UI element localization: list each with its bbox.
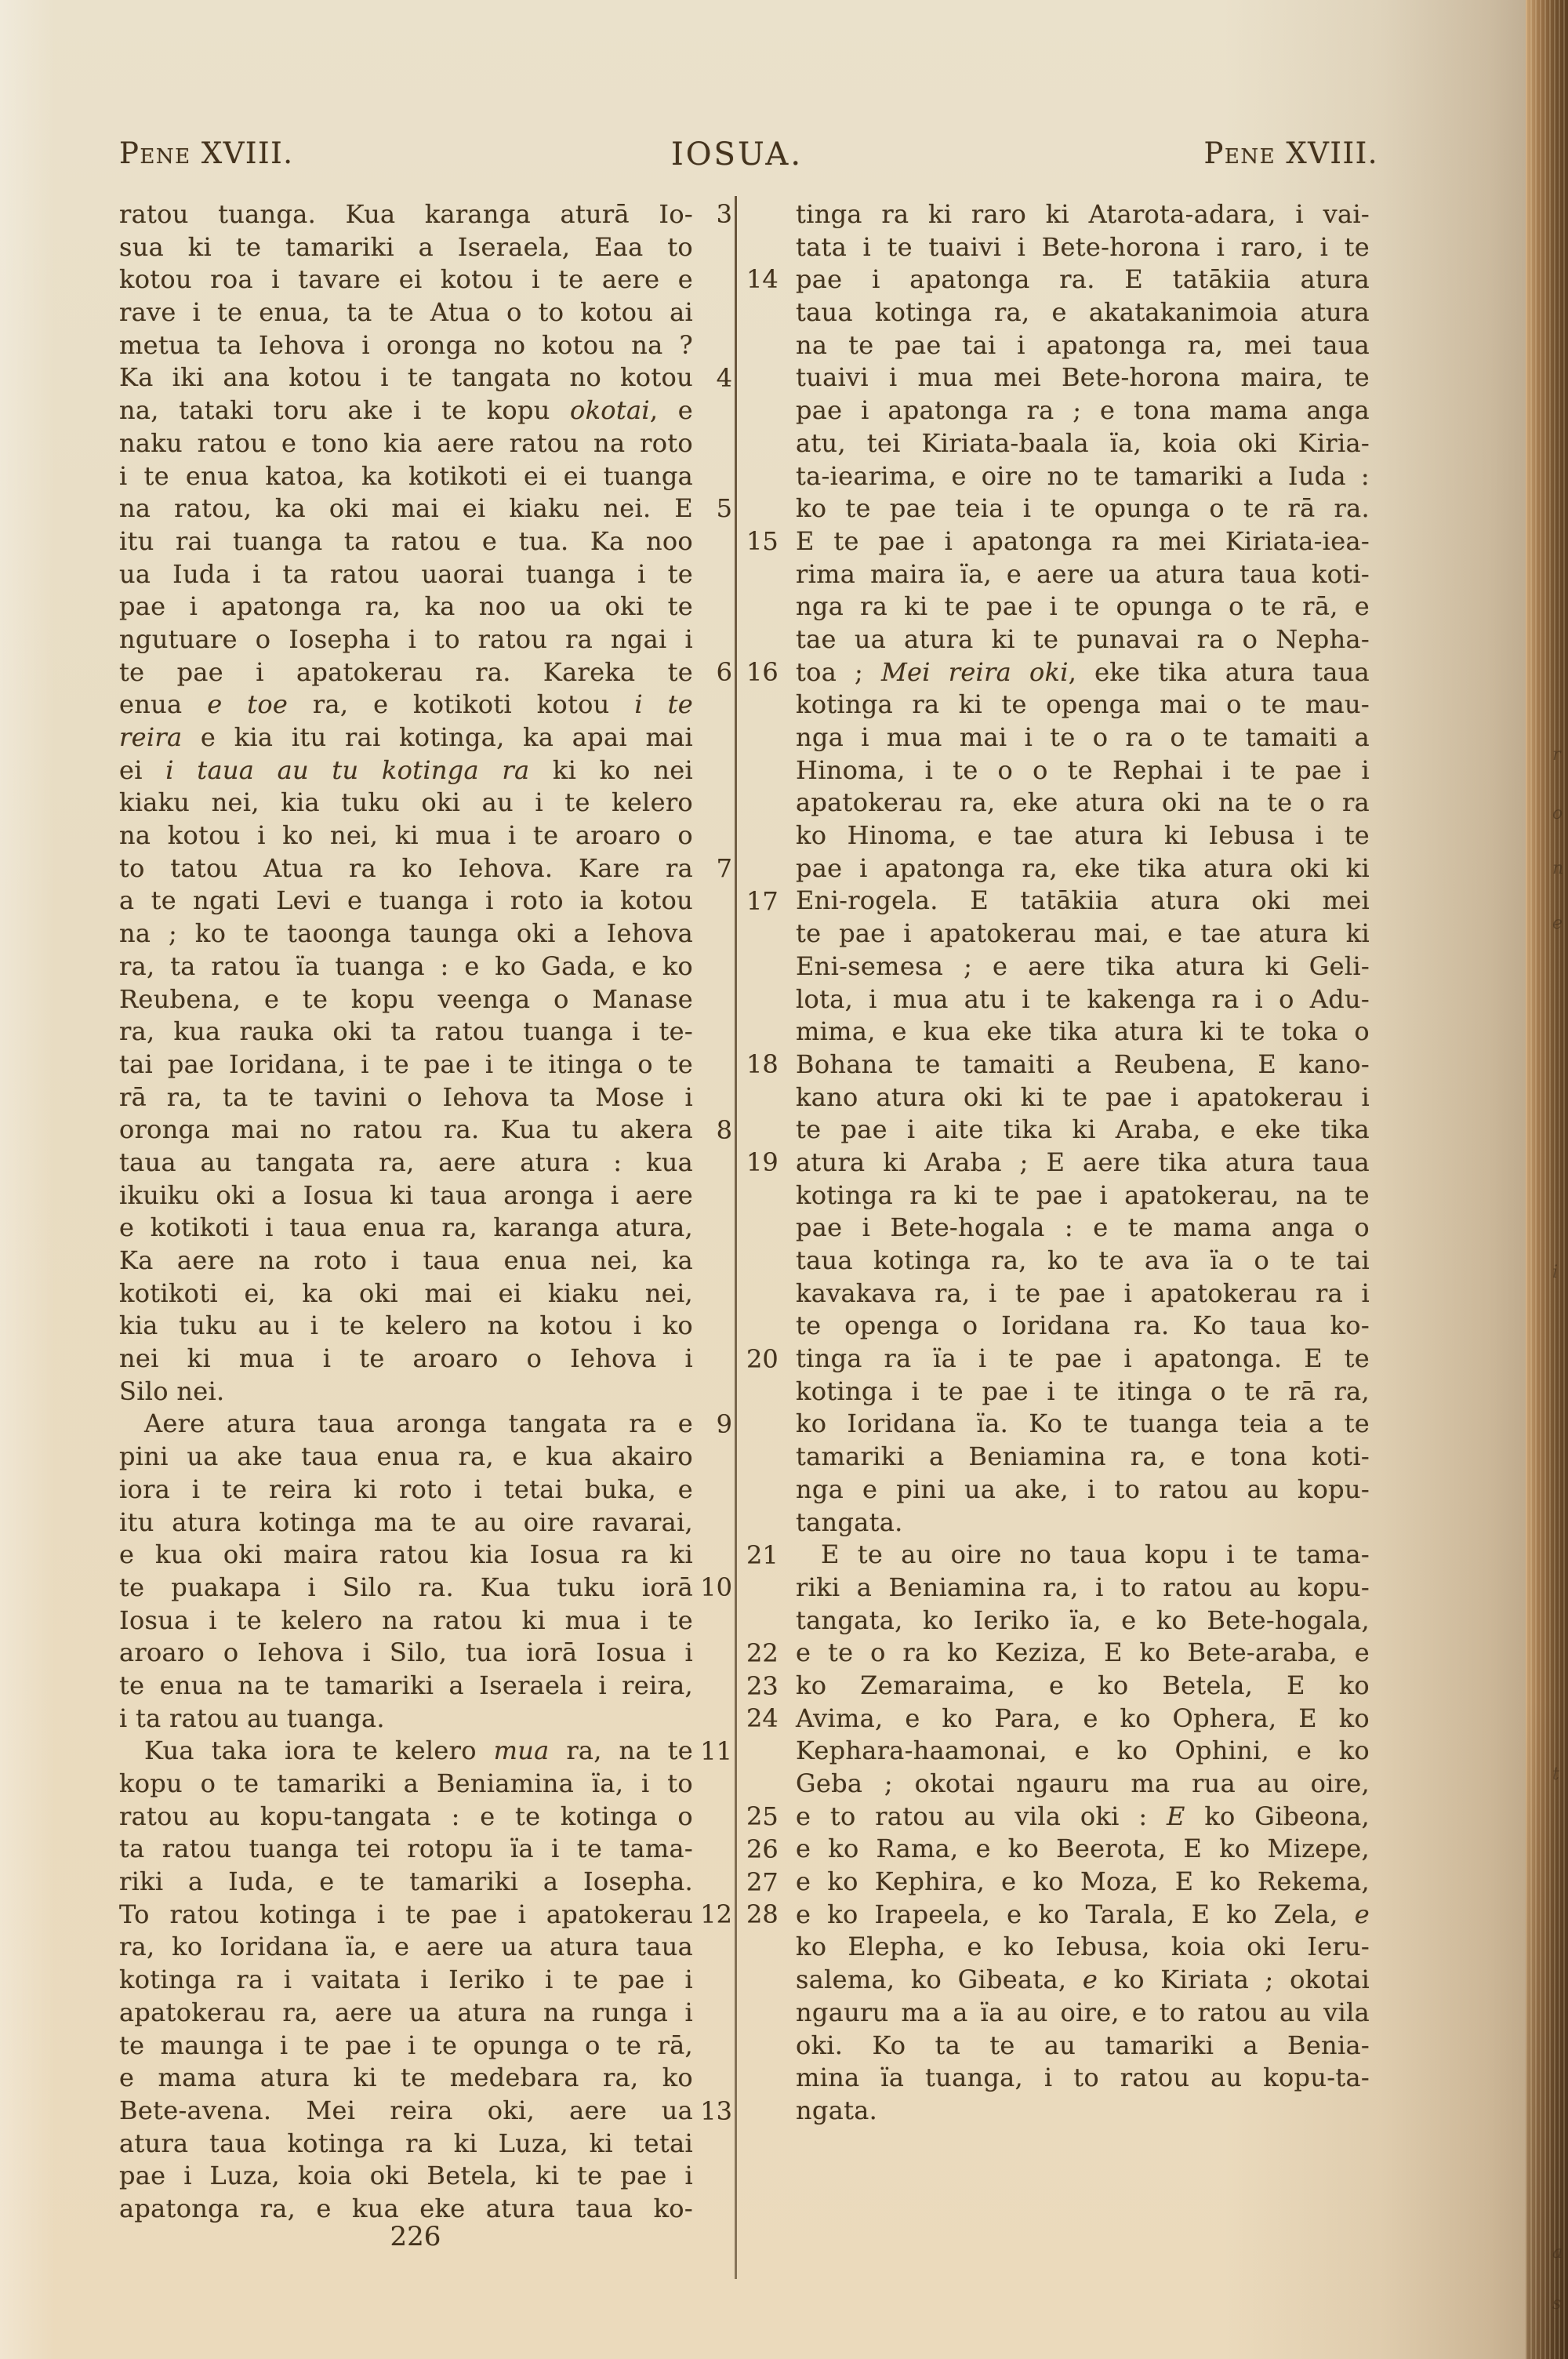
running-head-right: Pene XVIII. [1129, 136, 1378, 170]
text-line: Hinoma, i te o o te Rephai i te pae i [796, 754, 1370, 787]
text-line: i ta ratou au tuanga. [119, 1703, 693, 1736]
verse-number: 28 [746, 1899, 792, 1932]
text-line: itu rai tuanga ta ratou e tua. Ka noo [119, 525, 693, 558]
verse-number: 4 [673, 362, 732, 395]
text-line: nei ki mua i te aroaro o Iehova i [119, 1343, 693, 1376]
text-line: Eni-rogela. E tatākiia atura oki mei [796, 885, 1370, 918]
text-line: kotinga ra i vaitata i Ieriko i te pae i [119, 1964, 693, 1997]
text-line: kotinga ra ki te openga mai o te mau- [796, 689, 1370, 722]
text-line: te pae i apatokerau mai, e tae atura ki [796, 918, 1370, 951]
text-line: tinga ra ïa i te pae i apatonga. E te [796, 1343, 1370, 1376]
text-line: to tatou Atua ra ko Iehova. Kare ra [119, 852, 693, 885]
text-line: tuaivi i mua mei Bete-horona maira, te [796, 362, 1370, 394]
right-column: tinga ra ki raro ki Atarota-adara, i vai… [796, 198, 1370, 2128]
text-line: na te pae tai i apatonga ra, mei taua [796, 329, 1370, 362]
text-line: pae i Bete-hogala : e te mama anga o [796, 1212, 1370, 1245]
text-line: riki a Beniamina ra, i to ratou au kopu- [796, 1572, 1370, 1605]
text-line: kia tuku au i te kelero na kotou i ko [119, 1310, 693, 1343]
text-line: ngauru ma a ïa au oire, e to ratou au vi… [796, 1997, 1370, 2030]
text-line: te pae i aite tika ki Araba, e eke tika [796, 1114, 1370, 1147]
text-line: metua ta Iehova i oronga no kotou na ? [119, 329, 693, 362]
text-line: tangata, ko Ieriko ïa, e ko Bete-hogala, [796, 1605, 1370, 1637]
text-line: ko Ioridana ïa. Ko te tuanga teia a te [796, 1408, 1370, 1441]
verse-number: 26 [746, 1834, 792, 1866]
text-line: ei i taua au tu kotinga ra ki ko nei [119, 754, 693, 787]
text-line: ikuiku oki a Iosua ki taua aronga i aere [119, 1179, 693, 1212]
text-line: ngutuare o Iosepha i to ratou ra ngai i [119, 623, 693, 656]
verse-number: 20 [746, 1343, 792, 1376]
text-line: sua ki te tamariki a Iseraela, Eaa to [119, 231, 693, 264]
text-line: pini ua ake taua enua ra, e kua akairo [119, 1441, 693, 1474]
text-line: ko Hinoma, e tae atura ki Iebusa i te [796, 820, 1370, 852]
partial-letter: n [1552, 859, 1563, 878]
verse-number: 16 [746, 656, 792, 689]
partial-letter: a [1552, 2243, 1563, 2263]
text-line: nga i mua mai i te o ra o te tamaiti a [796, 722, 1370, 754]
text-line: kotou roa i tavare ei kotou i te aere e [119, 264, 693, 296]
verse-number: 14 [746, 264, 792, 296]
text-line: atura ki Araba ; E aere tika atura taua [796, 1147, 1370, 1179]
text-line: Reubena, e te kopu veenga o Manase [119, 983, 693, 1016]
book-title: IOSUA. [619, 136, 855, 173]
text-line: pae i apatonga ra. E tatākiia atura [796, 264, 1370, 296]
text-line: e kotikoti i taua enua ra, karanga atura… [119, 1212, 693, 1245]
text-line: kotikoti ei, ka oki mai ei kiaku nei, [119, 1278, 693, 1310]
left-column: ratou tuanga. Kua karanga aturā Io-sua k… [119, 198, 693, 2226]
verse-number: 15 [746, 525, 792, 558]
column-divider-rule [735, 196, 737, 2279]
text-line: pae i apatonga ra, eke tika atura oki ki [796, 852, 1370, 885]
partial-letter: r [1552, 745, 1561, 765]
text-line: e mama atura ki te medebara ra, ko [119, 2062, 693, 2095]
text-line: pae i Luza, koia oki Betela, ki te pae i [119, 2160, 693, 2193]
text-line: rā ra, ta te tavini o Iehova ta Mose i [119, 1081, 693, 1114]
text-line: tae ua atura ki te punavai ra o Nepha- [796, 623, 1370, 656]
verse-number: 27 [746, 1866, 792, 1899]
verse-number: 19 [746, 1147, 792, 1179]
text-line: mina ïa tuanga, i to ratou au kopu-ta- [796, 2062, 1370, 2095]
verse-number: 11 [673, 1736, 732, 1768]
text-line: e ko Rama, e ko Beerota, E ko Mizepe, [796, 1833, 1370, 1866]
text-line: te maunga i te pae i te opunga o te rā, [119, 2030, 693, 2063]
text-line: nga ra ki te pae i te opunga o te rā, e [796, 591, 1370, 623]
verse-number: 7 [673, 852, 732, 885]
verse-number: 3 [673, 198, 732, 231]
text-line: rave i te enua, ta te Atua o to kotou ai [119, 296, 693, 329]
text-line: na kotou i ko nei, ki mua i te aroaro o [119, 820, 693, 852]
text-line: E te pae i apatonga ra mei Kiriata-iea- [796, 525, 1370, 558]
text-line: Kua taka iora te kelero mua ra, na te [119, 1735, 693, 1768]
text-line: To ratou kotinga i te pae i apatokerau [119, 1899, 693, 1932]
text-line: nga e pini ua ake, i to ratou au kopu- [796, 1474, 1370, 1507]
text-line: tangata. [796, 1507, 1370, 1539]
text-line: ngata. [796, 2095, 1370, 2128]
text-line: e kua oki maira ratou kia Iosua ra ki [119, 1539, 693, 1572]
text-line: salema, ko Gibeata, e ko Kiriata ; okota… [796, 1964, 1370, 1997]
text-line: taua kotinga ra, ko te ava ïa o te tai [796, 1245, 1370, 1278]
text-line: a te ngati Levi e tuanga i roto ia kotou [119, 885, 693, 918]
text-line: kano atura oki ki te pae i apatokerau i [796, 1081, 1370, 1114]
text-line: ta ratou tuanga tei rotopu ïa i te tama- [119, 1833, 693, 1866]
text-line: Geba ; okotai ngauru ma rua au oire, [796, 1768, 1370, 1801]
text-line: pae i apatonga ra ; e tona mama anga [796, 394, 1370, 427]
text-line: kavakava ra, i te pae i apatokerau ra i [796, 1278, 1370, 1310]
text-line: kotinga ra ki te pae i apatokerau, na te [796, 1179, 1370, 1212]
verse-number: 22 [746, 1637, 792, 1670]
text-line: te pae i apatokerau ra. Kareka te [119, 656, 693, 689]
partial-letter: o [1552, 804, 1563, 823]
text-line: Ka aere na roto i taua enua nei, ka [119, 1245, 693, 1278]
partial-letter: t [1552, 1765, 1559, 1784]
text-line: kotinga i te pae i te itinga o te rā ra, [796, 1376, 1370, 1408]
partial-letter: i [1552, 1263, 1558, 1282]
text-line: Ka iki ana kotou i te tangata no kotou [119, 362, 693, 394]
text-line: ko te pae teia i te opunga o te rā ra. [796, 493, 1370, 525]
text-line: tata i te tuaivi i Bete-horona i raro, i… [796, 231, 1370, 264]
text-line: Bete-avena. Mei reira oki, aere ua [119, 2095, 693, 2128]
text-line: taua kotinga ra, e akatakanimoia atura [796, 296, 1370, 329]
adjacent-page-text-sliver: roneitas [1549, 0, 1568, 2359]
text-line: Aere atura taua aronga tangata ra e [119, 1408, 693, 1441]
verse-number: 12 [673, 1899, 732, 1932]
verse-number: 8 [673, 1114, 732, 1147]
verse-number: 18 [746, 1049, 792, 1081]
text-line: itu atura kotinga ma te au oire ravarai, [119, 1507, 693, 1539]
text-line: na, tataki toru ake i te kopu okotai, e [119, 394, 693, 427]
text-line: reira e kia itu rai kotinga, ka apai mai [119, 722, 693, 754]
verse-number: 24 [746, 1703, 792, 1736]
text-line: ko Elepha, e ko Iebusa, koia oki Ieru- [796, 1931, 1370, 1964]
text-line: ratou au kopu-tangata : e te kotinga o [119, 1801, 693, 1834]
text-line: toa ; Mei reira oki, eke tika atura taua [796, 656, 1370, 689]
text-line: mima, e kua eke tika atura ki te toka o [796, 1016, 1370, 1049]
text-line: te openga o Ioridana ra. Ko taua ko- [796, 1310, 1370, 1343]
text-line: riki a Iuda, e te tamariki a Iosepha. [119, 1866, 693, 1899]
text-line: na ; ko te taoonga taunga oki a Iehova [119, 918, 693, 951]
text-line: ratou tuanga. Kua karanga aturā Io- [119, 198, 693, 231]
partial-letter: s [1552, 2294, 1561, 2314]
verse-number: 25 [746, 1801, 792, 1834]
partial-letter: e [1552, 914, 1563, 933]
text-line: apatokerau ra, aere ua atura na runga i [119, 1997, 693, 2030]
text-line: Kephara-haamonai, e ko Ophini, e ko [796, 1735, 1370, 1768]
text-line: tinga ra ki raro ki Atarota-adara, i vai… [796, 198, 1370, 231]
text-line: ra, kua rauka oki ta ratou tuanga i te- [119, 1016, 693, 1049]
text-line: aroaro o Iehova i Silo, tua iorā Iosua i [119, 1637, 693, 1670]
verse-number: 10 [673, 1572, 732, 1605]
text-line: atu, tei Kiriata-baala ïa, koia oki Kiri… [796, 427, 1370, 460]
verse-number: 17 [746, 885, 792, 918]
verse-number: 6 [673, 656, 732, 689]
verse-number: 21 [746, 1539, 792, 1572]
text-line: i te enua katoa, ka kotikoti ei ei tuang… [119, 460, 693, 493]
text-line: apatokerau ra, eke atura oki na te o ra [796, 787, 1370, 820]
text-line: pae i apatonga ra, ka noo ua oki te [119, 591, 693, 623]
text-line: ra, ta ratou ïa tuanga : e ko Gada, e ko [119, 951, 693, 983]
text-line: ko Zemaraima, e ko Betela, E ko [796, 1670, 1370, 1703]
text-line: e to ratou au vila oki : E ko Gibeona, [796, 1801, 1370, 1834]
book-page: Pene XVIII. IOSUA. Pene XVIII. ratou tua… [0, 0, 1568, 2359]
text-line: ua Iuda i ta ratou uaorai tuanga i te [119, 558, 693, 591]
text-line: e ko Irapeela, e ko Tarala, E ko Zela, e [796, 1899, 1370, 1932]
text-line: te enua na te tamariki a Iseraela i reir… [119, 1670, 693, 1703]
text-line: Eni-semesa ; e aere tika atura ki Geli- [796, 951, 1370, 983]
text-line: ta-iearima, e oire no te tamariki a Iuda… [796, 460, 1370, 493]
text-line: Bohana te tamaiti a Reubena, E kano- [796, 1049, 1370, 1081]
text-line: lota, i mua atu i te kakenga ra i o Adu- [796, 983, 1370, 1016]
running-head-left: Pene XVIII. [119, 136, 294, 170]
text-line: tai pae Ioridana, i te pae i te itinga o… [119, 1049, 693, 1081]
page-number: 226 [314, 2221, 517, 2252]
verse-number: 13 [673, 2095, 732, 2128]
text-line: ra, ko Ioridana ïa, e aere ua atura taua [119, 1931, 693, 1964]
verse-number: 5 [673, 493, 732, 525]
text-line: kiaku nei, kia tuku oki au i te kelero [119, 787, 693, 820]
verse-number: 9 [673, 1408, 732, 1441]
verse-number: 23 [746, 1670, 792, 1703]
text-line: na ratou, ka oki mai ei kiaku nei. E [119, 493, 693, 525]
text-line: enua e toe ra, e kotikoti kotou i te [119, 689, 693, 722]
text-line: iora i te reira ki roto i tetai buka, e [119, 1474, 693, 1507]
text-line: atura taua kotinga ra ki Luza, ki tetai [119, 2128, 693, 2161]
text-line: Iosua i te kelero na ratou ki mua i te [119, 1605, 693, 1637]
text-line: e ko Kephira, e ko Moza, E ko Rekema, [796, 1866, 1370, 1899]
text-line: kopu o te tamariki a Beniamina ïa, i to [119, 1768, 693, 1801]
text-line: naku ratou e tono kia aere ratou na roto [119, 427, 693, 460]
text-line: Avima, e ko Para, e ko Ophera, E ko [796, 1703, 1370, 1736]
text-line: tamariki a Beniamina ra, e tona koti- [796, 1441, 1370, 1474]
text-line: oki. Ko ta te au tamariki a Benia- [796, 2030, 1370, 2063]
text-line: E te au oire no taua kopu i te tama- [796, 1539, 1370, 1572]
text-line: rima maira ïa, e aere ua atura taua koti… [796, 558, 1370, 591]
text-line: te puakapa i Silo ra. Kua tuku iorā [119, 1572, 693, 1605]
text-line: oronga mai no ratou ra. Kua tu akera [119, 1114, 693, 1147]
text-line: e te o ra ko Keziza, E ko Bete-araba, e [796, 1637, 1370, 1670]
text-line: Silo nei. [119, 1376, 693, 1408]
text-line: taua au tangata ra, aere atura : kua [119, 1147, 693, 1179]
